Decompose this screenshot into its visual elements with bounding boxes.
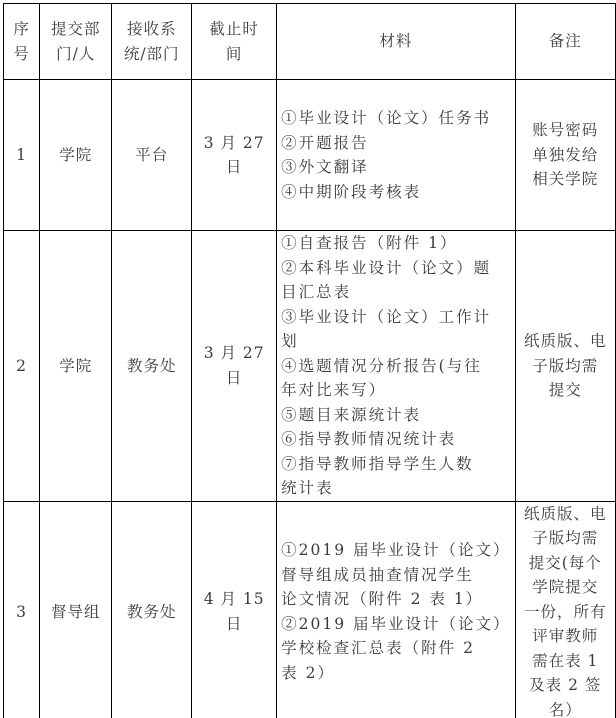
cell-no: 3 — [4, 501, 40, 718]
cell-receiver: 教务处 — [112, 231, 192, 502]
note-line: 纸质版、电 — [518, 329, 613, 354]
material-item: 划 — [281, 329, 510, 354]
header-no-line: 号 — [4, 42, 39, 67]
material-item: 学校检查汇总表（附件 2 — [281, 636, 510, 661]
note-line: 子版均需 — [518, 526, 613, 551]
material-item: 表 2） — [281, 661, 510, 686]
material-item: ①毕业设计（论文）任务书 — [281, 106, 510, 131]
material-item: 目汇总表 — [281, 280, 510, 305]
material-item: ②开题报告 — [281, 131, 510, 156]
cell-materials: ①2019 届毕业设计（论文） 督导组成员抽查情况学生 论文情况（附件 2 表 … — [277, 501, 515, 718]
material-item: ③毕业设计（论文）工作计 — [281, 305, 510, 330]
deadline-line: 日 — [192, 612, 276, 637]
material-item: 论文情况（附件 2 表 1） — [281, 587, 510, 612]
deadline-line: 日 — [192, 366, 276, 391]
deadline-line: 日 — [192, 155, 276, 180]
header-submitter: 提交部 门/人 — [40, 4, 112, 80]
cell-receiver: 平台 — [112, 80, 192, 231]
header-deadline-line: 截止时 — [192, 17, 276, 42]
cell-receiver: 教务处 — [112, 501, 192, 718]
cell-deadline: 4 月 15 日 — [192, 501, 277, 718]
note-line: 学院提交 — [518, 575, 613, 600]
cell-submitter: 学院 — [40, 80, 112, 231]
materials-submission-table: 序 号 提交部 门/人 接收系 统/部门 截止时 间 材料 备注 1 学院 平台… — [3, 3, 616, 718]
material-item: ①自查报告（附件 1） — [281, 231, 510, 256]
note-line: 需在表 1 — [518, 649, 613, 674]
table-row: 1 学院 平台 3 月 27 日 ①毕业设计（论文）任务书 ②开题报告 ③外文翻… — [4, 80, 616, 231]
header-receiver-line: 接收系 — [112, 17, 191, 42]
note-line: 一份，所有 — [518, 600, 613, 625]
material-item: ⑤题目来源统计表 — [281, 403, 510, 428]
material-item: 年对比来写） — [281, 378, 510, 403]
material-item: ③外文翻译 — [281, 155, 510, 180]
material-item: 督导组成员抽查情况学生 — [281, 563, 510, 588]
cell-materials: ①自查报告（附件 1） ②本科毕业设计（论文）题 目汇总表 ③毕业设计（论文）工… — [277, 231, 515, 502]
cell-no: 2 — [4, 231, 40, 502]
cell-notes: 纸质版、电 子版均需 提交(每个 学院提交 一份，所有 评审教师 需在表 1 及… — [515, 501, 615, 718]
note-line: 相关学院 — [518, 167, 613, 192]
note-line: 纸质版、电 — [518, 502, 613, 527]
header-no: 序 号 — [4, 4, 40, 80]
header-receiver: 接收系 统/部门 — [112, 4, 192, 80]
header-receiver-line: 统/部门 — [112, 42, 191, 67]
note-line: 单独发给 — [518, 143, 613, 168]
deadline-line: 3 月 27 — [192, 131, 276, 156]
cell-materials: ①毕业设计（论文）任务书 ②开题报告 ③外文翻译 ④中期阶段考核表 — [277, 80, 515, 231]
cell-deadline: 3 月 27 日 — [192, 231, 277, 502]
cell-no: 1 — [4, 80, 40, 231]
material-item: ④选题情况分析报告(与往 — [281, 354, 510, 379]
header-no-line: 序 — [4, 17, 39, 42]
note-line: 及表 2 签 — [518, 673, 613, 698]
material-item: 统计表 — [281, 476, 510, 501]
header-submitter-line: 提交部 — [40, 17, 111, 42]
note-line: 子版均需 — [518, 354, 613, 379]
header-submitter-line: 门/人 — [40, 42, 111, 67]
cell-submitter: 学院 — [40, 231, 112, 502]
header-row: 序 号 提交部 门/人 接收系 统/部门 截止时 间 材料 备注 — [4, 4, 616, 80]
table-row: 2 学院 教务处 3 月 27 日 ①自查报告（附件 1） ②本科毕业设计（论文… — [4, 231, 616, 502]
material-item: ④中期阶段考核表 — [281, 180, 510, 205]
note-line: 名） — [518, 698, 613, 718]
header-deadline-line: 间 — [192, 42, 276, 67]
cell-submitter: 督导组 — [40, 501, 112, 718]
cell-notes: 纸质版、电 子版均需 提交 — [515, 231, 615, 502]
deadline-line: 4 月 15 — [192, 587, 276, 612]
note-line: 提交 — [518, 378, 613, 403]
material-item: ①2019 届毕业设计（论文） — [281, 538, 510, 563]
note-line: 评审教师 — [518, 624, 613, 649]
table-row: 3 督导组 教务处 4 月 15 日 ①2019 届毕业设计（论文） 督导组成员… — [4, 501, 616, 718]
note-line: 账号密码 — [518, 118, 613, 143]
material-item: ②2019 届毕业设计（论文） — [281, 612, 510, 637]
cell-notes: 账号密码 单独发给 相关学院 — [515, 80, 615, 231]
header-notes: 备注 — [515, 4, 615, 80]
deadline-line: 3 月 27 — [192, 341, 276, 366]
material-item: ②本科毕业设计（论文）题 — [281, 256, 510, 281]
cell-deadline: 3 月 27 日 — [192, 80, 277, 231]
header-materials: 材料 — [277, 4, 515, 80]
material-item: ⑦指导教师指导学生人数 — [281, 452, 510, 477]
note-line: 提交(每个 — [518, 551, 613, 576]
header-deadline: 截止时 间 — [192, 4, 277, 80]
material-item: ⑥指导教师情况统计表 — [281, 427, 510, 452]
